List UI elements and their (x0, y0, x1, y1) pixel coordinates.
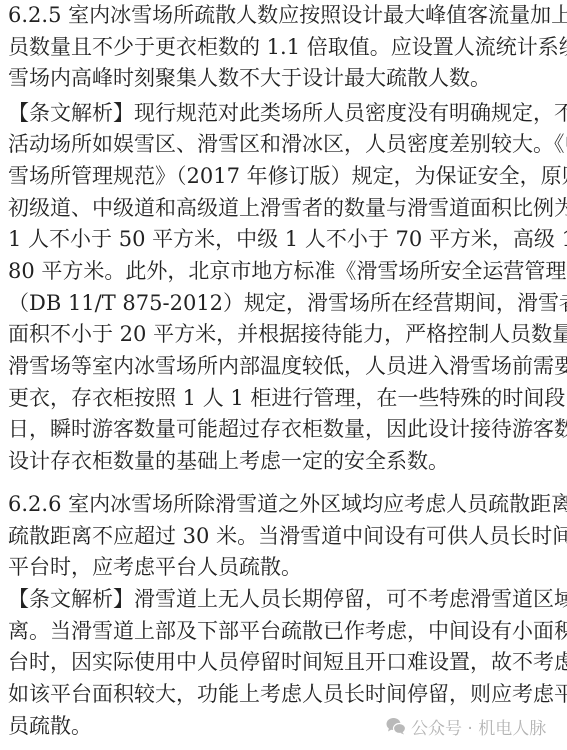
text-line: 滑雪场等室内冰雪场所内部温度较低，人员进入滑雪场前需要先进行 (8, 351, 560, 383)
text-line: 如该平台面积较大，功能上考虑人员长时间停留，则应考虑平台的人 (8, 679, 560, 711)
text-line: 6.2.5 室内冰雪场所疏散人数应按照设计最大峰值客流量加上工作人 (8, 0, 560, 32)
text-line: 1 人不小于 50 平方米，中级 1 人不小于 70 平方米，高级 1 人不小于 (8, 224, 560, 256)
text-line: 【条文解析】现行规范对此类场所人员密度没有明确规定，不同冰雪 (8, 98, 560, 130)
text-line: 6.2.6 室内冰雪场所除滑雪道之外区域均应考虑人员疏散距离，冷区 (8, 489, 560, 521)
text-line: 雪场内高峰时刻聚集人数不大于设计最大疏散人数。 (8, 63, 560, 95)
wechat-watermark: 公众号 · 机电人脉 (386, 713, 552, 739)
text-line: 员数量且不少于更衣柜数的 1.1 倍取值。应设置人流统计系统，确保 (8, 32, 560, 64)
text-line: 【条文解析】滑雪道上无人员长期停留，可不考虑滑雪道区域疏散距 (8, 584, 560, 616)
text-line: 初级道、中级道和高级道上滑雪者的数量与滑雪道面积比例为：初级 (8, 193, 560, 225)
watermark-text: 公众号 · 机电人脉 (411, 714, 546, 739)
text-line: 离。当滑雪道上部及下部平台疏散已作考虑，中间设有小面积缓冲平 (8, 616, 560, 648)
text-line: 平台时，应考虑平台人员疏散。 (8, 552, 560, 584)
text-line: 疏散距离不应超过 30 米。当滑雪道中间设有可供人员长时间停留的 (8, 521, 560, 553)
text-line: 80 平方米。此外，北京市地方标准《滑雪场所安全运营管理规范》 (8, 256, 560, 288)
clause-6-2-5-analysis: 【条文解析】现行规范对此类场所人员密度没有明确规定，不同冰雪 活动场所如娱雪区、… (8, 98, 560, 478)
paragraph-spacer (8, 478, 560, 489)
clause-6-2-6: 6.2.6 室内冰雪场所除滑雪道之外区域均应考虑人员疏散距离，冷区 疏散距离不应… (8, 489, 560, 584)
document-page: 6.2.5 室内冰雪场所疏散人数应按照设计最大峰值客流量加上工作人 员数量且不少… (8, 0, 560, 742)
text-line: 活动场所如娱雪区、滑雪区和滑冰区，人员密度差别较大。《中国滑 (8, 129, 560, 161)
wechat-icon (386, 717, 406, 735)
text-line: 更衣，存衣柜按照 1 人 1 柜进行管理，在一些特殊的时间段，如节假 (8, 383, 560, 415)
text-line: 日，瞬时游客数量可能超过存衣柜数量，因此设计接待游客数量要在 (8, 414, 560, 446)
clause-6-2-5: 6.2.5 室内冰雪场所疏散人数应按照设计最大峰值客流量加上工作人 员数量且不少… (8, 0, 560, 95)
text-line: 台时，因实际使用中人员停留时间短且开口难设置，故不考虑其疏散， (8, 647, 560, 679)
text-line: （DB 11/T 875-2012）规定，滑雪场所在经营期间，滑雪者人均运动 (8, 288, 560, 320)
text-line: 雪场所管理规范》（2017 年修订版）规定，为保证安全，原则上在 (8, 161, 560, 193)
text-line: 面积不小于 20 平方米，并根据接待能力，严格控制人员数量。由于 (8, 319, 560, 351)
text-line: 设计存衣柜数量的基础上考虑一定的安全系数。 (8, 446, 560, 478)
